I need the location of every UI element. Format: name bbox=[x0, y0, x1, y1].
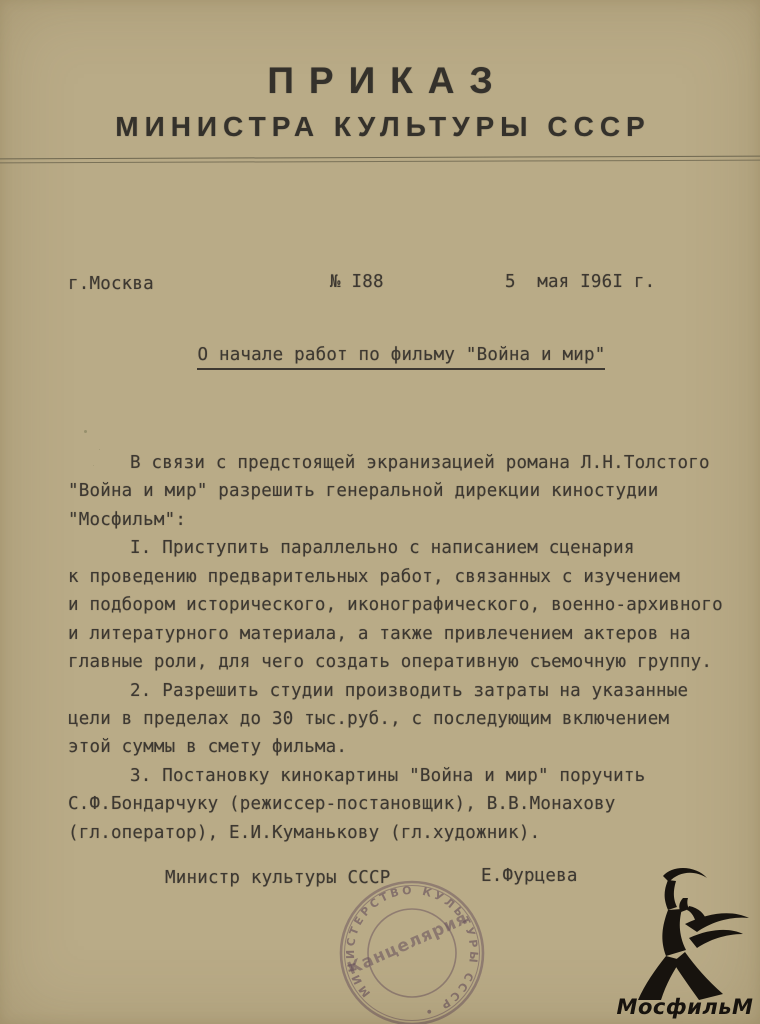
chancellery-stamp: МИНИСТЕРСТВО КУЛЬТУРЫ СССР • Канцелярия bbox=[322, 872, 502, 1024]
document-title: ПРИКАЗ bbox=[0, 60, 760, 102]
body-line: и подбором исторического, иконографическ… bbox=[68, 591, 728, 619]
meta-order-number: № I88 bbox=[330, 272, 384, 292]
header-divider-line-top bbox=[0, 156, 760, 160]
body-line: и литературного материала, а также привл… bbox=[68, 620, 728, 648]
mosfilm-wordmark: МосфильМ bbox=[617, 995, 754, 1019]
meta-date: 5 мая I96I г. bbox=[505, 272, 655, 292]
document-subtitle: МИНИСТРА КУЛЬТУРЫ СССР bbox=[0, 111, 760, 143]
body-line: "Мосфильм": bbox=[68, 506, 728, 534]
subject-text: О начале работ по фильму "Война и мир" bbox=[197, 345, 605, 370]
body-line: "Война и мир" разрешить генеральной дире… bbox=[68, 477, 728, 505]
body-text: В связи с предстоящей экранизацией роман… bbox=[68, 449, 728, 847]
body-line: В связи с предстоящей экранизацией роман… bbox=[68, 449, 728, 477]
document-page: ПРИКАЗ МИНИСТРА КУЛЬТУРЫ СССР г.Москва №… bbox=[0, 0, 760, 1024]
body-line: С.Ф.Бондарчуку (режиссер-постановщик), В… bbox=[68, 790, 728, 818]
body-line: 3. Постановку кинокартины "Война и мир" … bbox=[68, 762, 728, 790]
subject-line: О начале работ по фильму "Война и мир" bbox=[0, 325, 760, 390]
meta-city: г.Москва bbox=[68, 274, 154, 294]
paper-blemish bbox=[84, 430, 87, 433]
body-line: цели в пределах до 30 тыс.руб., с послед… bbox=[68, 705, 728, 733]
header-divider-line-bottom bbox=[0, 160, 760, 164]
body-line: этой суммы в смету фильма. bbox=[68, 733, 728, 761]
worker-and-kolkhoz-woman-icon bbox=[638, 868, 749, 1000]
document-header: ПРИКАЗ МИНИСТРА КУЛЬТУРЫ СССР bbox=[0, 60, 760, 143]
body-line: главные роли, для чего создать оперативн… bbox=[68, 648, 728, 676]
mosfilm-watermark: МосфильМ bbox=[613, 862, 758, 1022]
body-line: 2. Разрешить студии производить затраты … bbox=[68, 677, 728, 705]
body-line: к проведению предварительных работ, связ… bbox=[68, 563, 728, 591]
body-line: (гл.оператор), Е.И.Куманькову (гл.художн… bbox=[68, 819, 728, 847]
body-line: I. Приступить параллельно с написанием с… bbox=[68, 534, 728, 562]
